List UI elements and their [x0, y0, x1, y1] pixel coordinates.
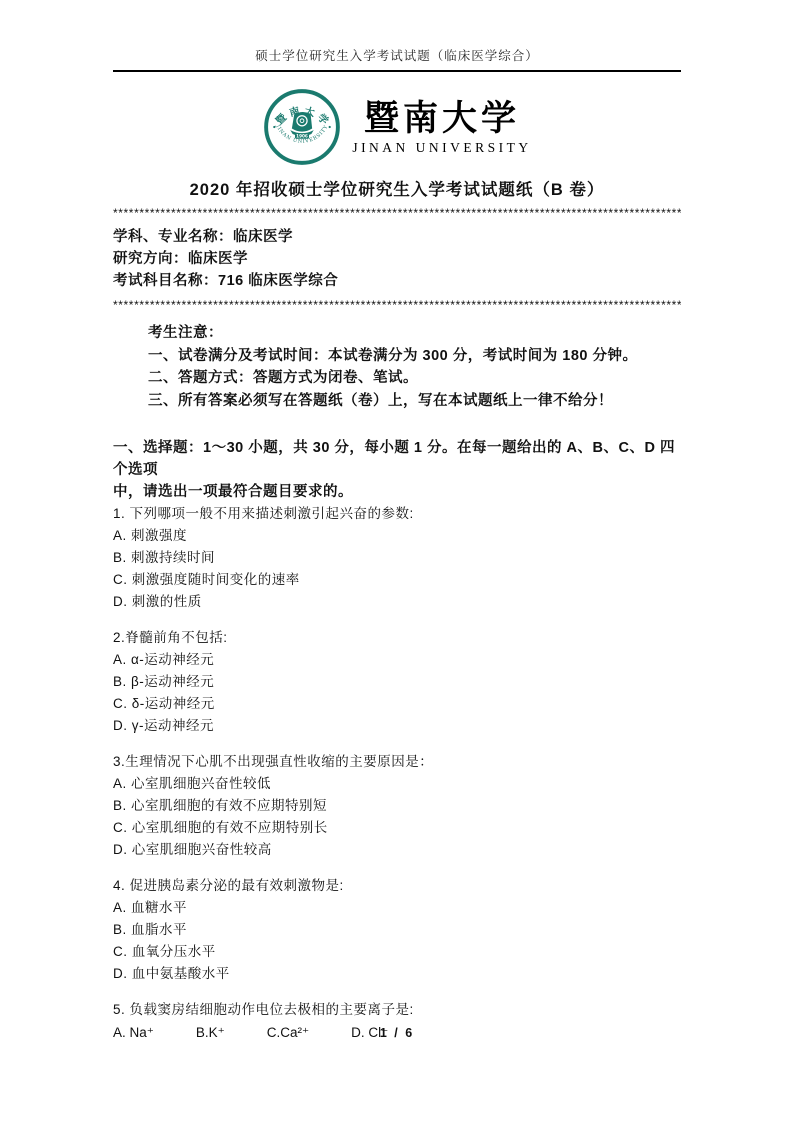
logo-wordmark: 暨南大学 JINAN UNIVERSITY [352, 99, 531, 156]
exam-page: 硕士学位研究生入学考试试题（临床医学综合） 暨 南 大 学 JINAN UNIV… [0, 0, 794, 1123]
star-divider-bottom: ****************************************… [113, 299, 681, 312]
star-divider-top: ****************************************… [113, 207, 681, 220]
paper-title: 2020 年招收硕士学位研究生入学考试试题纸（B 卷） [113, 176, 681, 200]
notice-item: 三、所有答案必须写在答题纸（卷）上，写在本试题纸上一律不给分！ [148, 390, 681, 413]
candidate-notice: 考生注意： 一、试卷满分及考试时间：本试卷满分为 300 分，考试时间为 180… [113, 322, 681, 412]
university-seal-icon: 暨 南 大 学 JINAN UNIVERSITY 1906 [262, 88, 342, 166]
question-1: 1. 下列哪项一般不用来描述刺激引起兴奋的参数: A. 刺激强度 B. 刺激持续… [113, 503, 681, 613]
option-a: A. 心室肌细胞兴奋性较低 [113, 773, 681, 795]
section-heading-line2: 中，请选出一项最符合题目要求的。 [113, 481, 681, 503]
question-4: 4. 促进胰岛素分泌的最有效刺激物是: A. 血糖水平 B. 血脂水平 C. 血… [113, 875, 681, 985]
page-number: 1 / 6 [0, 1026, 794, 1040]
option-d: D. 血中氨基酸水平 [113, 963, 681, 985]
exam-meta: 学科、专业名称：临床医学 研究方向：临床医学 考试科目名称：716 临床医学综合 [113, 226, 681, 292]
option-a: A. 血糖水平 [113, 897, 681, 919]
university-logo: 暨 南 大 学 JINAN UNIVERSITY 1906 暨南大学 JINAN… [113, 88, 681, 166]
question-3: 3.生理情况下心肌不出现强直性收缩的主要原因是： A. 心室肌细胞兴奋性较低 B… [113, 751, 681, 861]
notice-heading: 考生注意： [148, 322, 681, 345]
header-rule [113, 70, 681, 72]
option-b: B. 血脂水平 [113, 919, 681, 941]
option-b: B. 心室肌细胞的有效不应期特别短 [113, 795, 681, 817]
meta-research-direction: 研究方向：临床医学 [113, 248, 681, 270]
meta-course-name: 考试科目名称：716 临床医学综合 [113, 270, 681, 292]
question-2: 2.脊髓前角不包括: A. α-运动神经元 B. β-运动神经元 C. δ-运动… [113, 627, 681, 737]
notice-item: 二、答题方式：答题方式为闭卷、笔试。 [148, 367, 681, 390]
question-text: 2.脊髓前角不包括: [113, 627, 681, 649]
option-c: C. 刺激强度随时间变化的速率 [113, 569, 681, 591]
logo-chinese-name: 暨南大学 [364, 99, 520, 139]
meta-subject: 学科、专业名称：临床医学 [113, 226, 681, 248]
logo-english-name: JINAN UNIVERSITY [352, 140, 531, 156]
section-heading-line1: 一、选择题：1～30 小题，共 30 分，每小题 1 分。在每一题给出的 A、B… [113, 437, 681, 481]
option-a: A. α-运动神经元 [113, 649, 681, 671]
option-a: A. 刺激强度 [113, 525, 681, 547]
seal-year: 1906 [296, 134, 308, 139]
option-c: C. 心室肌细胞的有效不应期特别长 [113, 817, 681, 839]
running-header: 硕士学位研究生入学考试试题（临床医学综合） [113, 0, 681, 64]
option-d: D. 心室肌细胞兴奋性较高 [113, 839, 681, 861]
notice-item: 一、试卷满分及考试时间：本试卷满分为 300 分，考试时间为 180 分钟。 [148, 345, 681, 368]
option-c: C. δ-运动神经元 [113, 693, 681, 715]
section-heading: 一、选择题：1～30 小题，共 30 分，每小题 1 分。在每一题给出的 A、B… [113, 437, 681, 503]
question-text: 1. 下列哪项一般不用来描述刺激引起兴奋的参数: [113, 503, 681, 525]
question-text: 5. 负载窦房结细胞动作电位去极相的主要离子是: [113, 999, 681, 1021]
question-text: 3.生理情况下心肌不出现强直性收缩的主要原因是： [113, 751, 681, 773]
seal-boat-shape [292, 112, 312, 132]
option-b: B. β-运动神经元 [113, 671, 681, 693]
option-d: D. 刺激的性质 [113, 591, 681, 613]
question-text: 4. 促进胰岛素分泌的最有效刺激物是: [113, 875, 681, 897]
option-b: B. 刺激持续时间 [113, 547, 681, 569]
option-c: C. 血氧分压水平 [113, 941, 681, 963]
option-d: D. γ-运动神经元 [113, 715, 681, 737]
